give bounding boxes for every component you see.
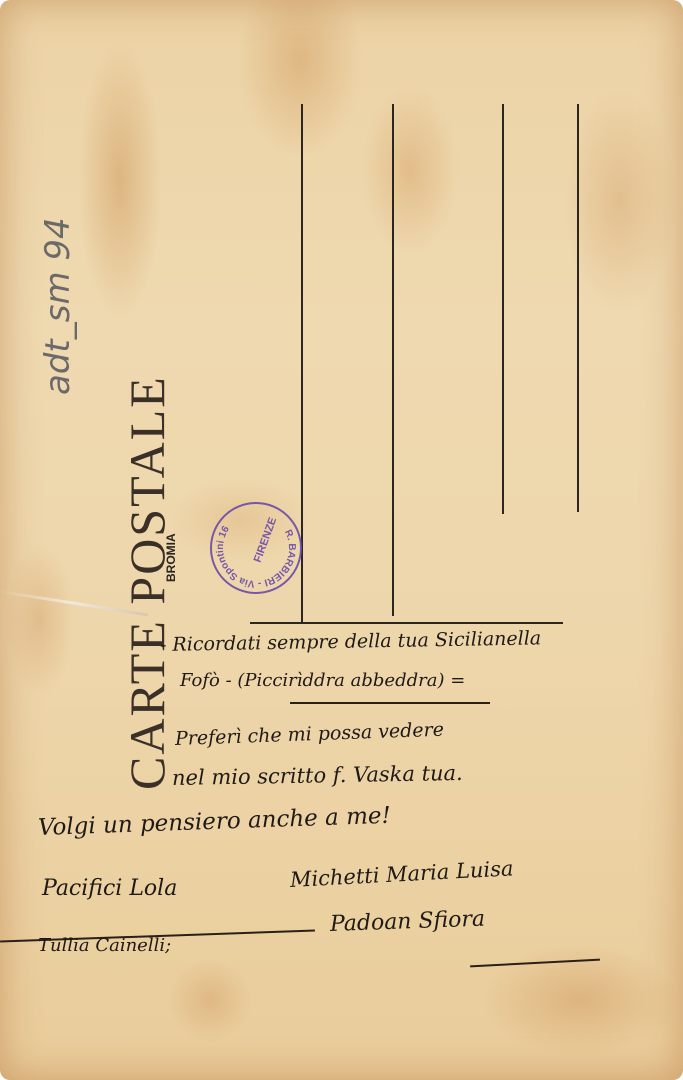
photographer-stamp: R. BARBIERI - Via Spontini 16 FIRENZE: [210, 502, 302, 594]
message-line-2: Fofò - (Piccirìddra abbeddra) =: [180, 670, 465, 691]
signature-pacifici: Pacifici Lola: [42, 876, 177, 901]
address-divider-line-2: [392, 104, 394, 616]
signature-michetti: Michetti Maria Luisa: [289, 856, 514, 892]
message-line-1: - Ricordati sempre della tua Sicilianell…: [160, 627, 542, 656]
address-divider-line-4: [577, 104, 579, 512]
message-line-5: Volgi un pensiero anche a me!: [38, 803, 392, 841]
signature-underline-padoan: [470, 959, 600, 967]
address-base-line: [250, 622, 563, 624]
signature-padoan: Padoan Sfiora: [330, 907, 486, 937]
signature-tullia: Tullia Cainelli;: [38, 935, 171, 956]
message-underline: [290, 702, 490, 704]
message-line-3: Preferì che mi possa vedere: [175, 719, 445, 750]
carte-postale-title: CARTE POSTALE: [118, 375, 176, 790]
postcard-back: CARTE POSTALE BROMIA adt_sm 94 R. BARBIE…: [0, 0, 683, 1080]
archive-pencil-note: adt_sm 94: [38, 217, 78, 395]
message-line-4: nel mio scritto f. Vaska tua.: [172, 761, 463, 790]
publisher-mark: BROMIA: [164, 533, 178, 582]
address-divider-line-3: [502, 104, 504, 514]
